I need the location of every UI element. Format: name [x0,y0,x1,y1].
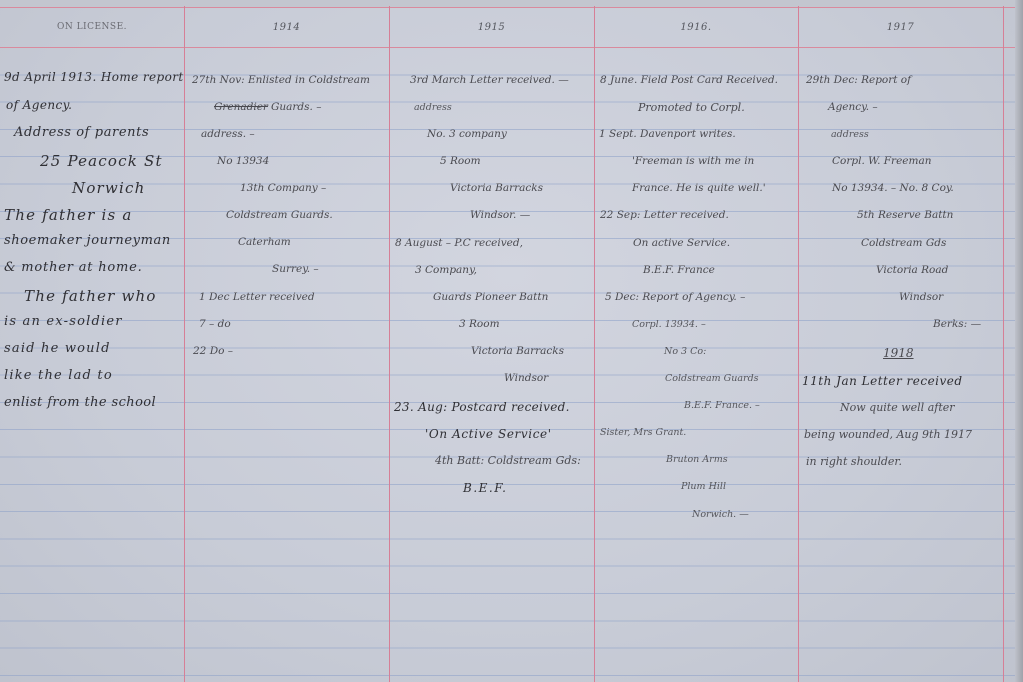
entry-line: Agency. – [828,101,878,113]
entry-line: 7 – do [199,318,231,330]
entry-line: Coldstream Guards [665,373,759,384]
entry-line: address. – [201,128,255,140]
entry-line: 5 Room [440,155,481,167]
entry-line: Surrey. – [272,263,319,275]
ledger-page: ON LICENSE. 1914 1915 1916. 1917 9d Apri… [0,0,1023,682]
entry-line: 4th Batt: Coldstream Gds: [435,454,581,467]
entry-line: Corpl. 13934. – [632,319,706,330]
entry-line: of Agency. [6,98,72,112]
entry-line: No 13934 [217,155,269,167]
entry-line: Victoria Barracks [471,345,564,357]
entry-line: On active Service. [633,237,730,249]
entry-line: 'On Active Service' [425,427,552,441]
entry-line: 8 August – P.C received, [395,237,523,249]
entry-line: 5th Reserve Battn [857,209,953,221]
entry-line: enlist from the school [4,395,156,410]
entry-line: Sister, Mrs Grant. [600,427,686,438]
header-year-1915: 1915 [389,8,594,46]
entry-line: Windsor [504,372,548,384]
entry-line: is an ex-soldier [4,314,123,329]
entry-line: said he would [4,341,111,356]
entry-line: B.E.F. France [643,264,715,276]
entry-line: 13th Company – [240,182,326,194]
entry-line: Berks: — [933,318,981,330]
entry-line: 25 Peacock St [40,152,163,170]
entry-line: 9d April 1913. Home report [4,70,184,84]
column-rule [1003,6,1004,682]
column-rule [389,6,390,682]
entry-line: in right shoulder. [806,455,902,468]
entry-line: 'Freeman is with me in [632,155,754,167]
entry-line: The father who [24,287,157,305]
entry-line: Victoria Barracks [450,182,543,194]
entry-line: 23. Aug: Postcard received. [394,400,570,414]
entry-line: Plum Hill [681,481,726,492]
page-right-edge [1015,0,1023,682]
entry-line: No 3 Co: [664,346,706,357]
entry-line: Bruton Arms [666,454,728,465]
entry-line: Promoted to Corpl. [638,101,745,114]
entry-line: Now quite well after [840,401,955,414]
header-year-1917: 1917 [798,8,1003,46]
entry-line: No. 3 company [427,128,507,140]
year-subheading-1918: 1918 [883,346,914,360]
entry-line: Coldstream Gds [861,237,946,249]
header-on-license: ON LICENSE. [0,8,184,46]
column-rule [184,6,185,682]
entry-line: 5 Dec: Report of Agency. – [605,291,745,303]
entry-line: France. He is quite well.' [632,182,766,194]
blue-ruled-lines [0,48,1023,682]
entry-line: 22 Sep: Letter received. [600,209,729,221]
entry-line: Norwich [72,179,145,197]
column-rule [798,6,799,682]
entry-line: Coldstream Guards. [226,209,333,221]
entry-line: 3rd March Letter received. — [410,74,569,86]
entry-line: Victoria Road [876,264,948,276]
entry-line: Guards Pioneer Battn [433,291,548,303]
entry-line: Caterham [238,236,291,248]
entry-line: being wounded, Aug 9th 1917 [804,428,972,441]
entry-line: Windsor [899,291,943,303]
entry-line: B.E.F. France. – [684,400,760,411]
entry-line: No 13934. – No. 8 Coy. [832,182,954,194]
entry-line: Address of parents [14,125,149,140]
entry-line: 1 Dec Letter received [199,291,315,303]
header-year-1914: 1914 [184,8,389,46]
entry-line: Guards. – [271,101,321,113]
entry-line: 3 Company, [415,264,477,276]
entry-line: 1 Sept. Davenport writes. [599,128,736,140]
entry-line: Norwich. — [692,509,749,520]
entry-line: & mother at home. [4,260,143,275]
entry-line: address [831,129,869,140]
entry-line: 11th Jan Letter received [802,374,963,388]
entry-line: like the lad to [4,368,113,383]
entry-line-struck: Grenadier [214,101,268,113]
entry-line: Windsor. — [470,209,530,221]
entry-line: 3 Room [459,318,500,330]
header-year-1916: 1916. [594,8,798,46]
header-bottom-rule [0,47,1015,48]
entry-line: address [414,102,452,113]
entry-line: B.E.F. [463,481,507,495]
column-rule [594,6,595,682]
entry-line: 8 June. Field Post Card Received. [600,74,778,86]
entry-line: 29th Dec: Report of [806,74,911,86]
entry-line: 22 Do – [193,345,233,357]
entry-line: 27th Nov: Enlisted in Coldstream [192,74,370,86]
entry-line: The father is a [4,206,133,224]
entry-line: shoemaker journeyman [4,233,171,248]
entry-line: Corpl. W. Freeman [832,155,931,167]
